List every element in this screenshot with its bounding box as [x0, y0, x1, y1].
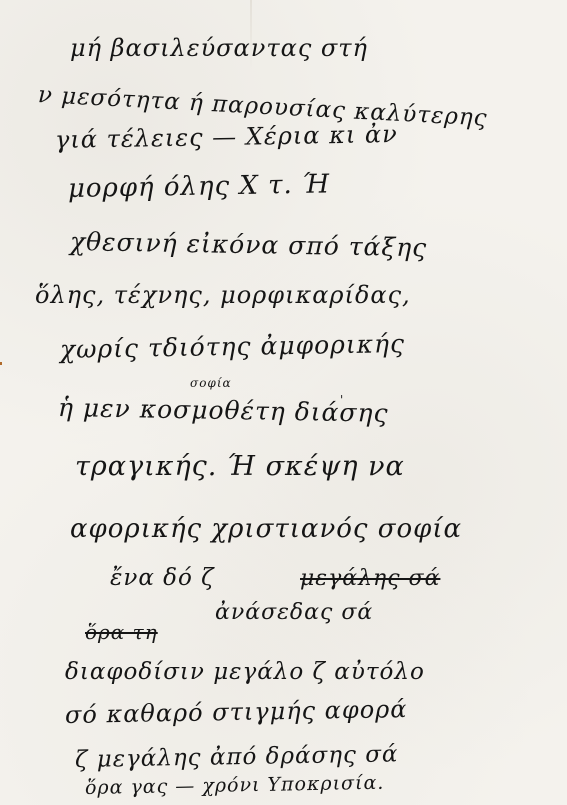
paper-stain [0, 362, 2, 365]
handwritten-line: ὅλης, τέχνης, μορφικαρίδας, [35, 281, 411, 309]
handwritten-line: διαφοδίσιν μεγάλο ζ αὐτόλο [65, 659, 425, 685]
handwritten-line: μή βασιλεύσαντας στή [70, 34, 368, 62]
struck-text: ὅρα τη [85, 620, 158, 644]
handwritten-line: μορφή όλης Χ τ. Ή [68, 169, 331, 204]
handwritten-line: ἀνάσεδας σά [215, 600, 373, 625]
handwritten-line: ὅρα γας — χρόνι Υποκρισία. [85, 772, 385, 799]
handwritten-line: αφορικής χριστιανός σοφία [70, 514, 462, 544]
handwritten-line: χωρίς τδιότης ἀμφορικής [60, 329, 406, 364]
manuscript-page: μή βασιλεύσαντας στήν μεσότητα ή παρουσί… [0, 0, 567, 805]
struck-text: μεγάλης σά [300, 566, 440, 591]
handwritten-line: σό καθαρό στιγμής αφορά [65, 695, 408, 729]
handwritten-line: ζ μεγάλης ἀπό δράσης σά [75, 741, 399, 773]
handwritten-line: χθεσινή εἰκόνα σπό τάξης [70, 227, 428, 262]
handwritten-line: τραγικής. Ή σκέψη να [75, 451, 405, 482]
handwritten-insertion: σοφία [190, 376, 232, 390]
handwritten-line: ἔνα δό ζ [110, 565, 215, 591]
handwritten-line: γιά τέλειες — Χέρια κι ἀν [55, 120, 398, 154]
handwritten-insertion: ' [340, 393, 344, 407]
